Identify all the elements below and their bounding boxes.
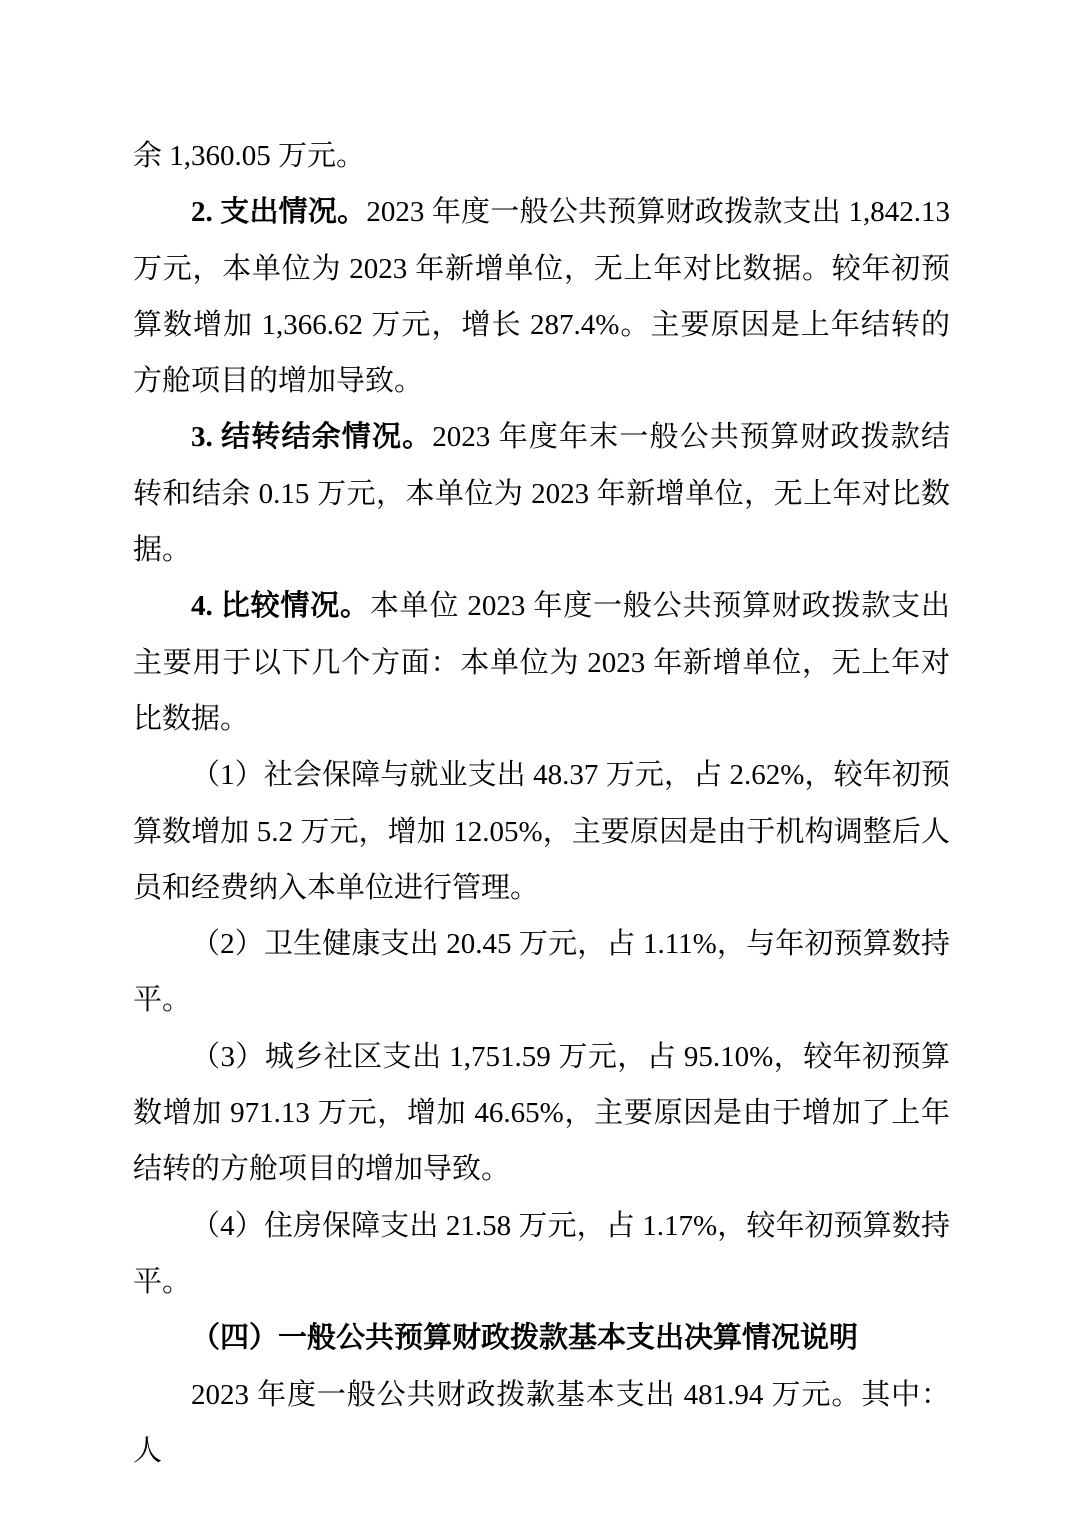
document-page: 余 1,360.05 万元。2. 支出情况。2023 年度一般公共预算财政拨款支…	[0, 0, 1074, 1520]
paragraph-lead-bold: （四）一般公共预算财政拨款基本支出决算情况说明	[191, 1322, 858, 1354]
paragraph: 4. 比较情况。本单位 2023 年度一般公共预算财政拨款支出主要用于以下几个方…	[133, 578, 950, 747]
paragraph-text: 余 1,360.05 万元。	[133, 140, 365, 172]
paragraph: 3. 结转结余情况。2023 年度年末一般公共预算财政拨款结转和结余 0.15 …	[133, 409, 950, 578]
document-body: 余 1,360.05 万元。2. 支出情况。2023 年度一般公共预算财政拨款支…	[133, 128, 950, 1479]
paragraph: （1）社会保障与就业支出 48.37 万元，占 2.62%，较年初预算数增加 5…	[133, 747, 950, 916]
page-number: 4	[0, 1384, 1074, 1408]
paragraph: （4）住房保障支出 21.58 万元，占 1.17%，较年初预算数持平。	[133, 1198, 950, 1311]
paragraph: 2. 支出情况。2023 年度一般公共预算财政拨款支出 1,842.13 万元，…	[133, 184, 950, 409]
paragraph-lead-bold: 3. 结转结余情况。	[191, 421, 432, 453]
paragraph-text: （4）住房保障支出 21.58 万元，占 1.17%，较年初预算数持平。	[133, 1210, 950, 1298]
paragraph-lead-bold: 2. 支出情况。	[191, 196, 366, 228]
paragraph-text: （3）城乡社区支出 1,751.59 万元，占 95.10%，较年初预算数增加 …	[133, 1041, 950, 1186]
paragraph-text: （2）卫生健康支出 20.45 万元，占 1.11%，与年初预算数持平。	[133, 928, 950, 1016]
paragraph-lead-bold: 4. 比较情况。	[191, 590, 370, 622]
paragraph: （3）城乡社区支出 1,751.59 万元，占 95.10%，较年初预算数增加 …	[133, 1029, 950, 1198]
paragraph: 余 1,360.05 万元。	[133, 128, 950, 184]
paragraph: （四）一般公共预算财政拨款基本支出决算情况说明	[133, 1310, 950, 1366]
paragraph: （2）卫生健康支出 20.45 万元，占 1.11%，与年初预算数持平。	[133, 916, 950, 1029]
paragraph-text: （1）社会保障与就业支出 48.37 万元，占 2.62%，较年初预算数增加 5…	[133, 759, 950, 904]
